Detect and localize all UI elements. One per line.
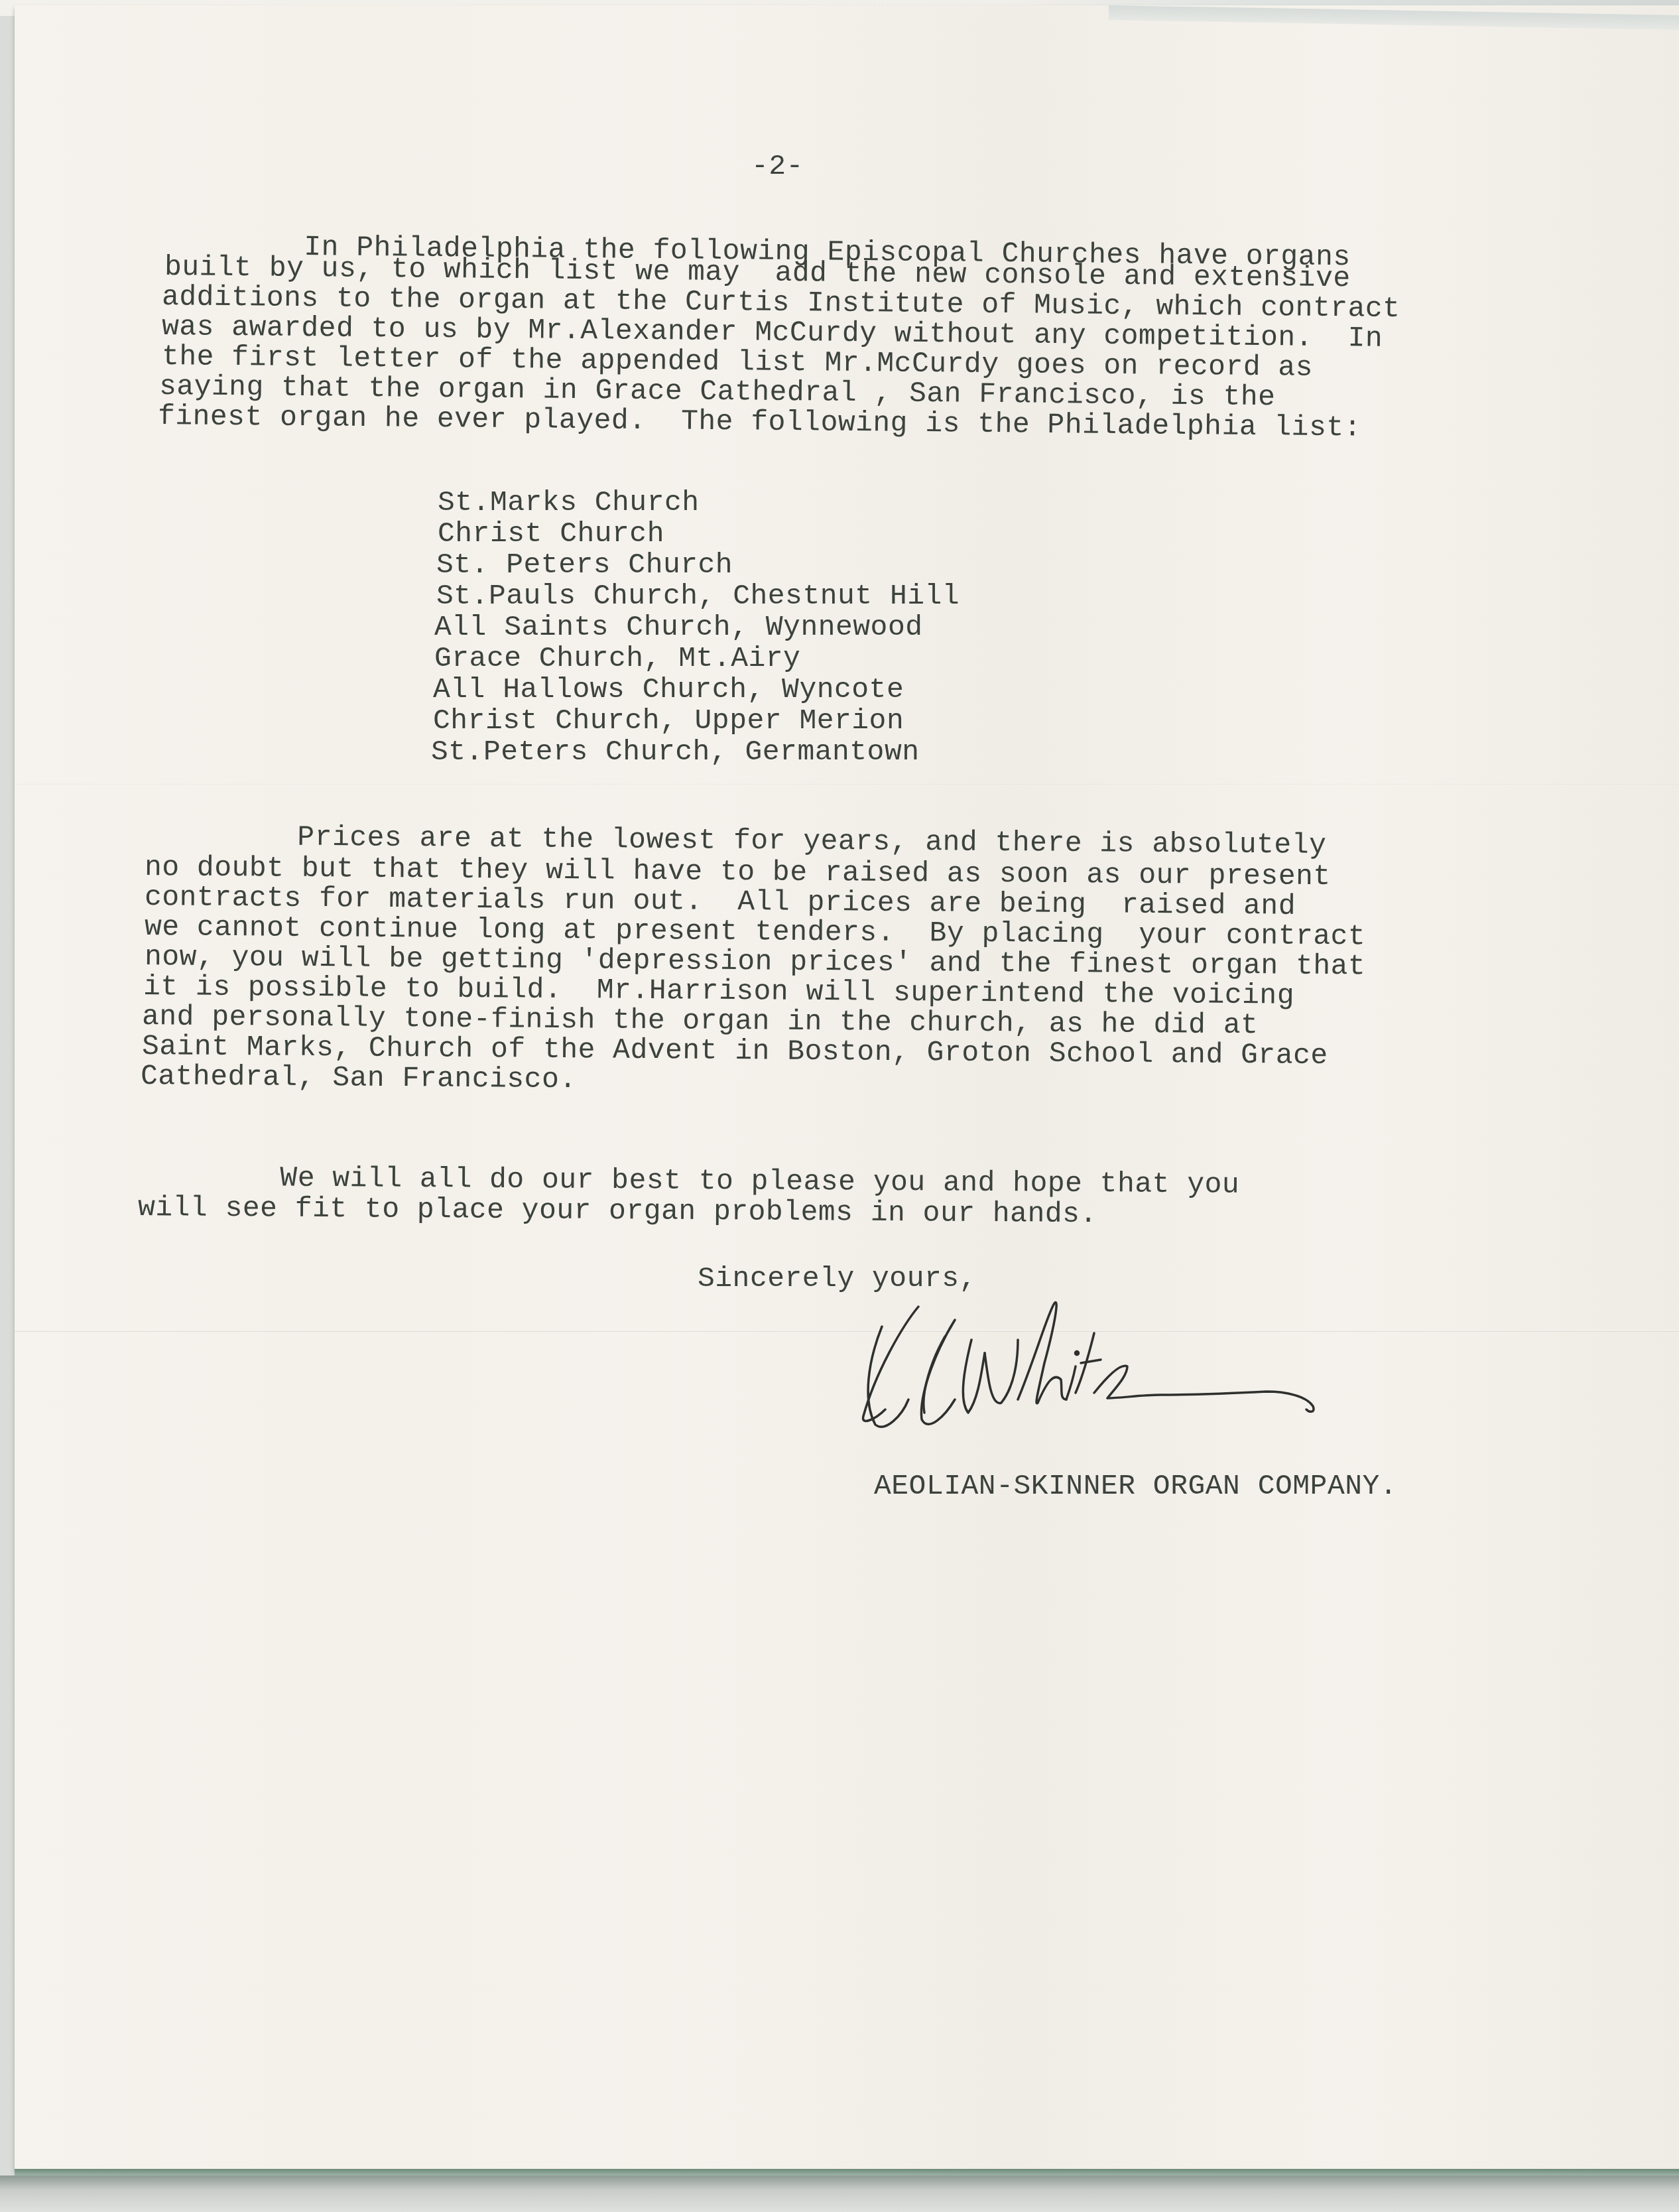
church-list-item: Christ Church: [438, 519, 664, 549]
church-list-item: St.Pauls Church, Chestnut Hill: [436, 581, 960, 612]
paper-fold-line-upper: [15, 783, 1679, 785]
scan-bottom-border: [0, 2176, 1679, 2212]
paragraph-line: Cathedral, San Francisco.: [141, 1061, 577, 1095]
paper-top-shadow: [1109, 5, 1679, 30]
paper-bottom-edge: [15, 2169, 1679, 2176]
paper-fold-line: [15, 1330, 1679, 1332]
church-list-item: St. Peters Church: [436, 550, 733, 580]
page-number: -2-: [751, 151, 804, 182]
church-list-item: St.Peters Church, Germantown: [431, 737, 920, 767]
church-list-item: Grace Church, Mt.Airy: [434, 643, 800, 674]
church-list-item: Christ Church, Upper Merion: [433, 706, 904, 736]
closing-salutation: Sincerely yours,: [698, 1264, 977, 1294]
paragraph-line: will see fit to place your organ problem…: [138, 1193, 1097, 1230]
church-list-item: St.Marks Church: [438, 488, 700, 518]
company-name: AEOLIAN-SKINNER ORGAN COMPANY.: [874, 1471, 1397, 1502]
handwritten-signature: [855, 1300, 1426, 1439]
church-list-item: All Saints Church, Wynnewood: [434, 612, 923, 643]
church-list-item: All Hallows Church, Wyncote: [433, 675, 904, 705]
